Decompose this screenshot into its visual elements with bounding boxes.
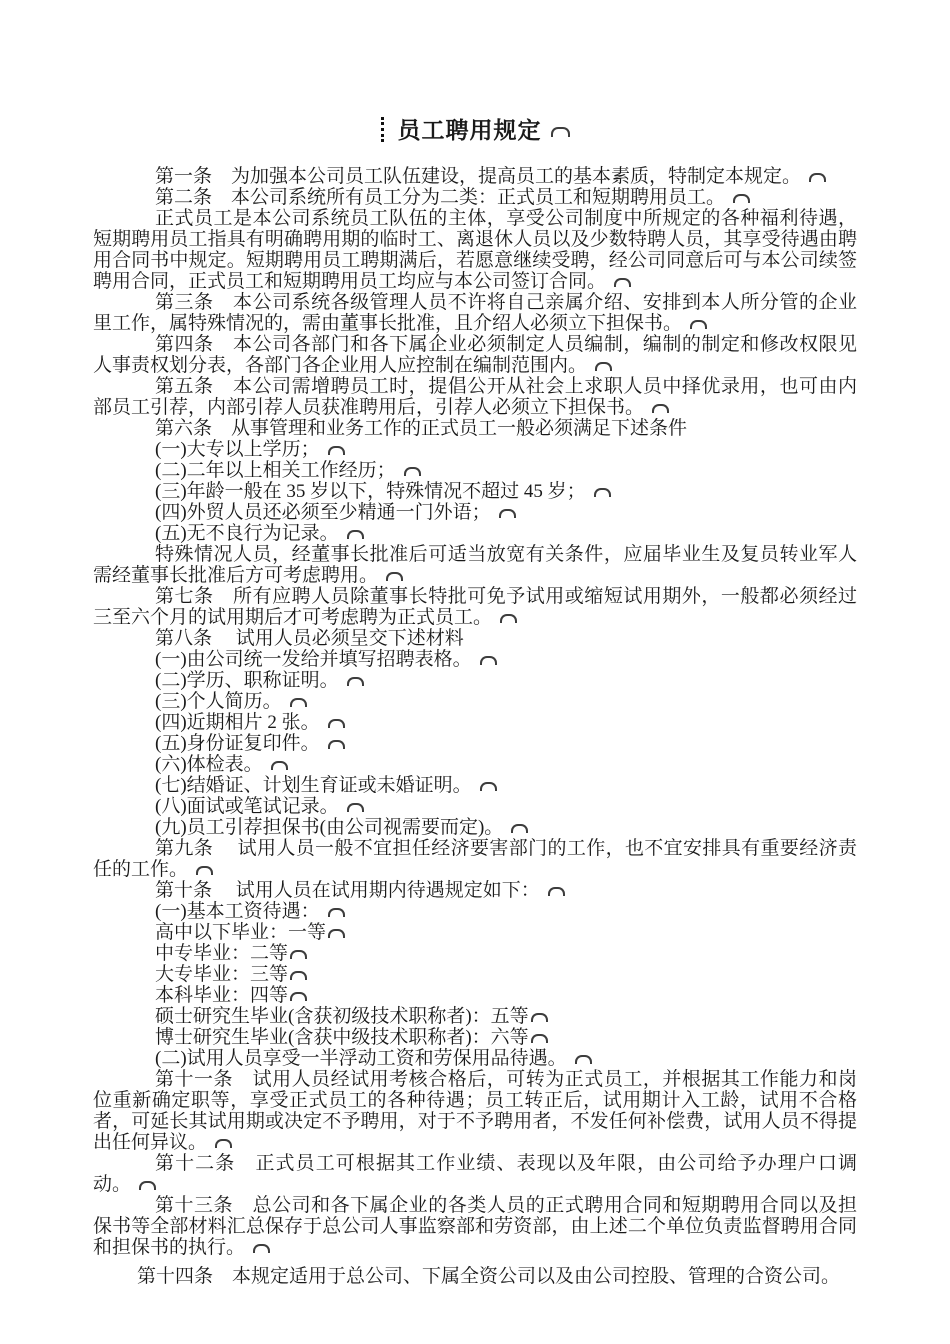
paragraph-text: 第八条 试用人员必须呈交下述材料	[155, 628, 464, 649]
paragraph-end-mark-icon	[511, 824, 528, 833]
paragraph-end-mark-icon	[652, 404, 669, 413]
paragraph-text: (二)试用人员享受一半浮动工资和劳保用品待遇。	[155, 1048, 567, 1069]
paragraph-end-mark-icon	[139, 1181, 156, 1190]
paragraph-text: (七)结婚证、计划生育证或未婚证明。	[155, 775, 472, 796]
paragraph-end-mark-icon	[614, 278, 631, 287]
paragraph: (二)学历、职称证明。	[93, 670, 857, 691]
paragraph: 第十三条 总公司和各下属企业的各类人员的正式聘用合同和短期聘用合同以及担保书等全…	[93, 1195, 857, 1258]
paragraph-end-mark-icon	[328, 446, 345, 455]
paragraph: 第三条 本公司系统各级管理人员不许将自己亲属介绍、安排到本人所分管的企业里工作，…	[93, 292, 857, 334]
paragraph-text: (五)无不良行为记录。	[155, 523, 339, 544]
paragraph-end-mark-icon	[253, 1244, 270, 1253]
paragraph-text: (六)体检表。	[155, 754, 263, 775]
paragraph-text: 特殊情况人员，经董事长批准后可适当放宽有关条件，应届毕业生及复员转业军人需经董事…	[93, 544, 857, 586]
paragraph-text: 第三条 本公司系统各级管理人员不许将自己亲属介绍、安排到本人所分管的企业里工作，…	[93, 292, 857, 334]
paragraph-end-mark-icon	[551, 127, 570, 137]
paragraph-text: 硕士研究生毕业(含获初级技术职称者)：五等	[155, 1006, 529, 1027]
paragraph: (一)大专以上学历；	[93, 439, 857, 460]
paragraph: 高中以下毕业：一等	[93, 922, 857, 943]
paragraph-end-mark-icon	[548, 887, 565, 896]
paragraph-text: 第十四条 本规定适用于总公司、下属全资公司以及由公司控股、管理的合资公司。	[137, 1266, 840, 1287]
paragraph-text: (二)二年以上相关工作经历；	[155, 460, 396, 481]
paragraph: (二)试用人员享受一半浮动工资和劳保用品待遇。	[93, 1048, 857, 1069]
document-page: 员工聘用规定 第一条 为加强本公司员工队伍建设，提高员工的基本素质，特制定本规定…	[0, 0, 950, 1344]
paragraph-end-mark-icon	[386, 572, 403, 581]
paragraph: 第八条 试用人员必须呈交下述材料	[93, 628, 857, 649]
paragraph-end-mark-icon	[196, 866, 213, 875]
paragraph-text: 第十三条 总公司和各下属企业的各类人员的正式聘用合同和短期聘用合同以及担保书等全…	[93, 1195, 857, 1258]
paragraph: (一)基本工资待遇：	[93, 901, 857, 922]
paragraph-text: (九)员工引荐担保书(由公司视需要而定)。	[155, 817, 503, 838]
paragraph: (五)身份证复印件。	[93, 733, 857, 754]
paragraph-end-mark-icon	[575, 1055, 592, 1064]
paragraph: (八)面试或笔试记录。	[93, 796, 857, 817]
paragraph-text: 本科毕业：四等	[155, 985, 288, 1006]
paragraph-end-mark-icon	[347, 803, 364, 812]
paragraph-text: (三)个人简历。	[155, 691, 282, 712]
paragraph-text: (五)身份证复印件。	[155, 733, 320, 754]
paragraph: (六)体检表。	[93, 754, 857, 775]
document-title: 员工聘用规定	[93, 116, 857, 146]
paragraph-text: (一)基本工资待遇：	[155, 901, 320, 922]
paragraph: 硕士研究生毕业(含获初级技术职称者)：五等	[93, 1006, 857, 1027]
paragraph-end-mark-icon	[328, 929, 345, 938]
paragraph-end-mark-icon	[328, 719, 345, 728]
paragraph-end-mark-icon	[290, 698, 307, 707]
paragraph-end-mark-icon	[531, 1013, 548, 1022]
paragraph-end-mark-icon	[499, 509, 516, 518]
paragraph-text: 第五条 本公司需增聘员工时，提倡公开从社会上求职人员中择优录用，也可由内部员工引…	[93, 376, 857, 418]
paragraph-end-mark-icon	[215, 1139, 232, 1148]
paragraph: (七)结婚证、计划生育证或未婚证明。	[93, 775, 857, 796]
paragraph-end-mark-icon	[594, 488, 611, 497]
paragraph-end-mark-icon	[690, 320, 707, 329]
paragraph: (四)外贸人员还必须至少精通一门外语；	[93, 502, 857, 523]
paragraph-end-mark-icon	[480, 656, 497, 665]
paragraph: 第十四条 本规定适用于总公司、下属全资公司以及由公司控股、管理的合资公司。	[93, 1266, 857, 1287]
paragraph: 第六条 从事管理和业务工作的正式员工一般必须满足下述条件	[93, 418, 857, 439]
paragraph-end-mark-icon	[328, 908, 345, 917]
paragraph-text: (一)大专以上学历；	[155, 439, 320, 460]
paragraph-text: 第七条 所有应聘人员除董事长特批可免予试用或缩短试用期外，一般都必须经过三至六个…	[93, 586, 857, 628]
paragraph-text: (八)面试或笔试记录。	[155, 796, 339, 817]
paragraph-text: 第二条 本公司系统所有员工分为二类：正式员工和短期聘用员工。	[155, 187, 725, 208]
paragraph: (四)近期相片 2 张。	[93, 712, 857, 733]
paragraph-text: 第六条 从事管理和业务工作的正式员工一般必须满足下述条件	[155, 418, 687, 439]
paragraph: 第七条 所有应聘人员除董事长特批可免予试用或缩短试用期外，一般都必须经过三至六个…	[93, 586, 857, 628]
paragraph-end-mark-icon	[480, 782, 497, 791]
paragraph-end-mark-icon	[531, 1034, 548, 1043]
paragraph: 第十一条 试用人员经试用考核合格后，可转为正式员工，并根据其工作能力和岗位重新确…	[93, 1069, 857, 1153]
paragraph: 第十二条 正式员工可根据其工作业绩、表现以及年限，由公司给予办理户口调动。	[93, 1153, 857, 1195]
paragraph: (五)无不良行为记录。	[93, 523, 857, 544]
paragraph: (三)年龄一般在 35 岁以下，特殊情况不超过 45 岁；	[93, 481, 857, 502]
paragraph-end-mark-icon	[733, 194, 750, 203]
paragraph-end-mark-icon	[271, 761, 288, 770]
paragraph: (九)员工引荐担保书(由公司视需要而定)。	[93, 817, 857, 838]
vertical-dots-revision-icon	[381, 117, 384, 142]
paragraph: 第十条 试用人员在试用期内待遇规定如下：	[93, 880, 857, 901]
paragraph-end-mark-icon	[500, 614, 517, 623]
paragraph: 本科毕业：四等	[93, 985, 857, 1006]
paragraph-text: (二)学历、职称证明。	[155, 670, 339, 691]
paragraph-end-mark-icon	[595, 362, 612, 371]
paragraph: (三)个人简历。	[93, 691, 857, 712]
paragraph: 博士研究生毕业(含获中级技术职称者)：六等	[93, 1027, 857, 1048]
paragraph-text: (一)由公司统一发给并填写招聘表格。	[155, 649, 472, 670]
paragraph-end-mark-icon	[290, 971, 307, 980]
paragraph: (一)由公司统一发给并填写招聘表格。	[93, 649, 857, 670]
paragraph-text: (四)近期相片 2 张。	[155, 712, 320, 733]
paragraph-text: 第十条 试用人员在试用期内待遇规定如下：	[155, 880, 540, 901]
paragraph: (二)二年以上相关工作经历；	[93, 460, 857, 481]
paragraph-end-mark-icon	[347, 677, 364, 686]
paragraph: 第五条 本公司需增聘员工时，提倡公开从社会上求职人员中择优录用，也可由内部员工引…	[93, 376, 857, 418]
paragraph-text: 正式员工是本公司系统员工队伍的主体，享受公司制度中所规定的各种福利待遇，短期聘用…	[93, 208, 857, 292]
paragraph-text: (三)年龄一般在 35 岁以下，特殊情况不超过 45 岁；	[155, 481, 586, 502]
paragraph: 第一条 为加强本公司员工队伍建设，提高员工的基本素质，特制定本规定。	[93, 166, 857, 187]
paragraph-end-mark-icon	[347, 530, 364, 539]
paragraph-text: 第十一条 试用人员经试用考核合格后，可转为正式员工，并根据其工作能力和岗位重新确…	[93, 1069, 857, 1153]
paragraph-text: 中专毕业：二等	[155, 943, 288, 964]
document-body: 第一条 为加强本公司员工队伍建设，提高员工的基本素质，特制定本规定。第二条 本公…	[93, 166, 857, 1287]
paragraph: 大专毕业：三等	[93, 964, 857, 985]
paragraph-text: 第一条 为加强本公司员工队伍建设，提高员工的基本素质，特制定本规定。	[155, 166, 801, 187]
document-title-text: 员工聘用规定	[398, 118, 542, 143]
paragraph-text: 高中以下毕业：一等	[155, 922, 326, 943]
paragraph-text: 大专毕业：三等	[155, 964, 288, 985]
paragraph-text: 博士研究生毕业(含获中级技术职称者)：六等	[155, 1027, 529, 1048]
paragraph-end-mark-icon	[290, 992, 307, 1001]
paragraph: 第四条 本公司各部门和各下属企业必须制定人员编制，编制的制定和修改权限见人事责权…	[93, 334, 857, 376]
paragraph-end-mark-icon	[404, 467, 421, 476]
paragraph-end-mark-icon	[328, 740, 345, 749]
paragraph: 特殊情况人员，经董事长批准后可适当放宽有关条件，应届毕业生及复员转业军人需经董事…	[93, 544, 857, 586]
paragraph: 中专毕业：二等	[93, 943, 857, 964]
paragraph-end-mark-icon	[809, 173, 826, 182]
paragraph-end-mark-icon	[290, 950, 307, 959]
paragraph-text: (四)外贸人员还必须至少精通一门外语；	[155, 502, 491, 523]
paragraph-text: 第十二条 正式员工可根据其工作业绩、表现以及年限，由公司给予办理户口调动。	[93, 1153, 857, 1195]
document-content: 员工聘用规定 第一条 为加强本公司员工队伍建设，提高员工的基本素质，特制定本规定…	[93, 116, 857, 1287]
paragraph-text: 第四条 本公司各部门和各下属企业必须制定人员编制，编制的制定和修改权限见人事责权…	[93, 334, 857, 376]
paragraph: 正式员工是本公司系统员工队伍的主体，享受公司制度中所规定的各种福利待遇，短期聘用…	[93, 208, 857, 292]
paragraph: 第九条 试用人员一般不宜担任经济要害部门的工作，也不宜安排具有重要经济责任的工作…	[93, 838, 857, 880]
paragraph: 第二条 本公司系统所有员工分为二类：正式员工和短期聘用员工。	[93, 187, 857, 208]
